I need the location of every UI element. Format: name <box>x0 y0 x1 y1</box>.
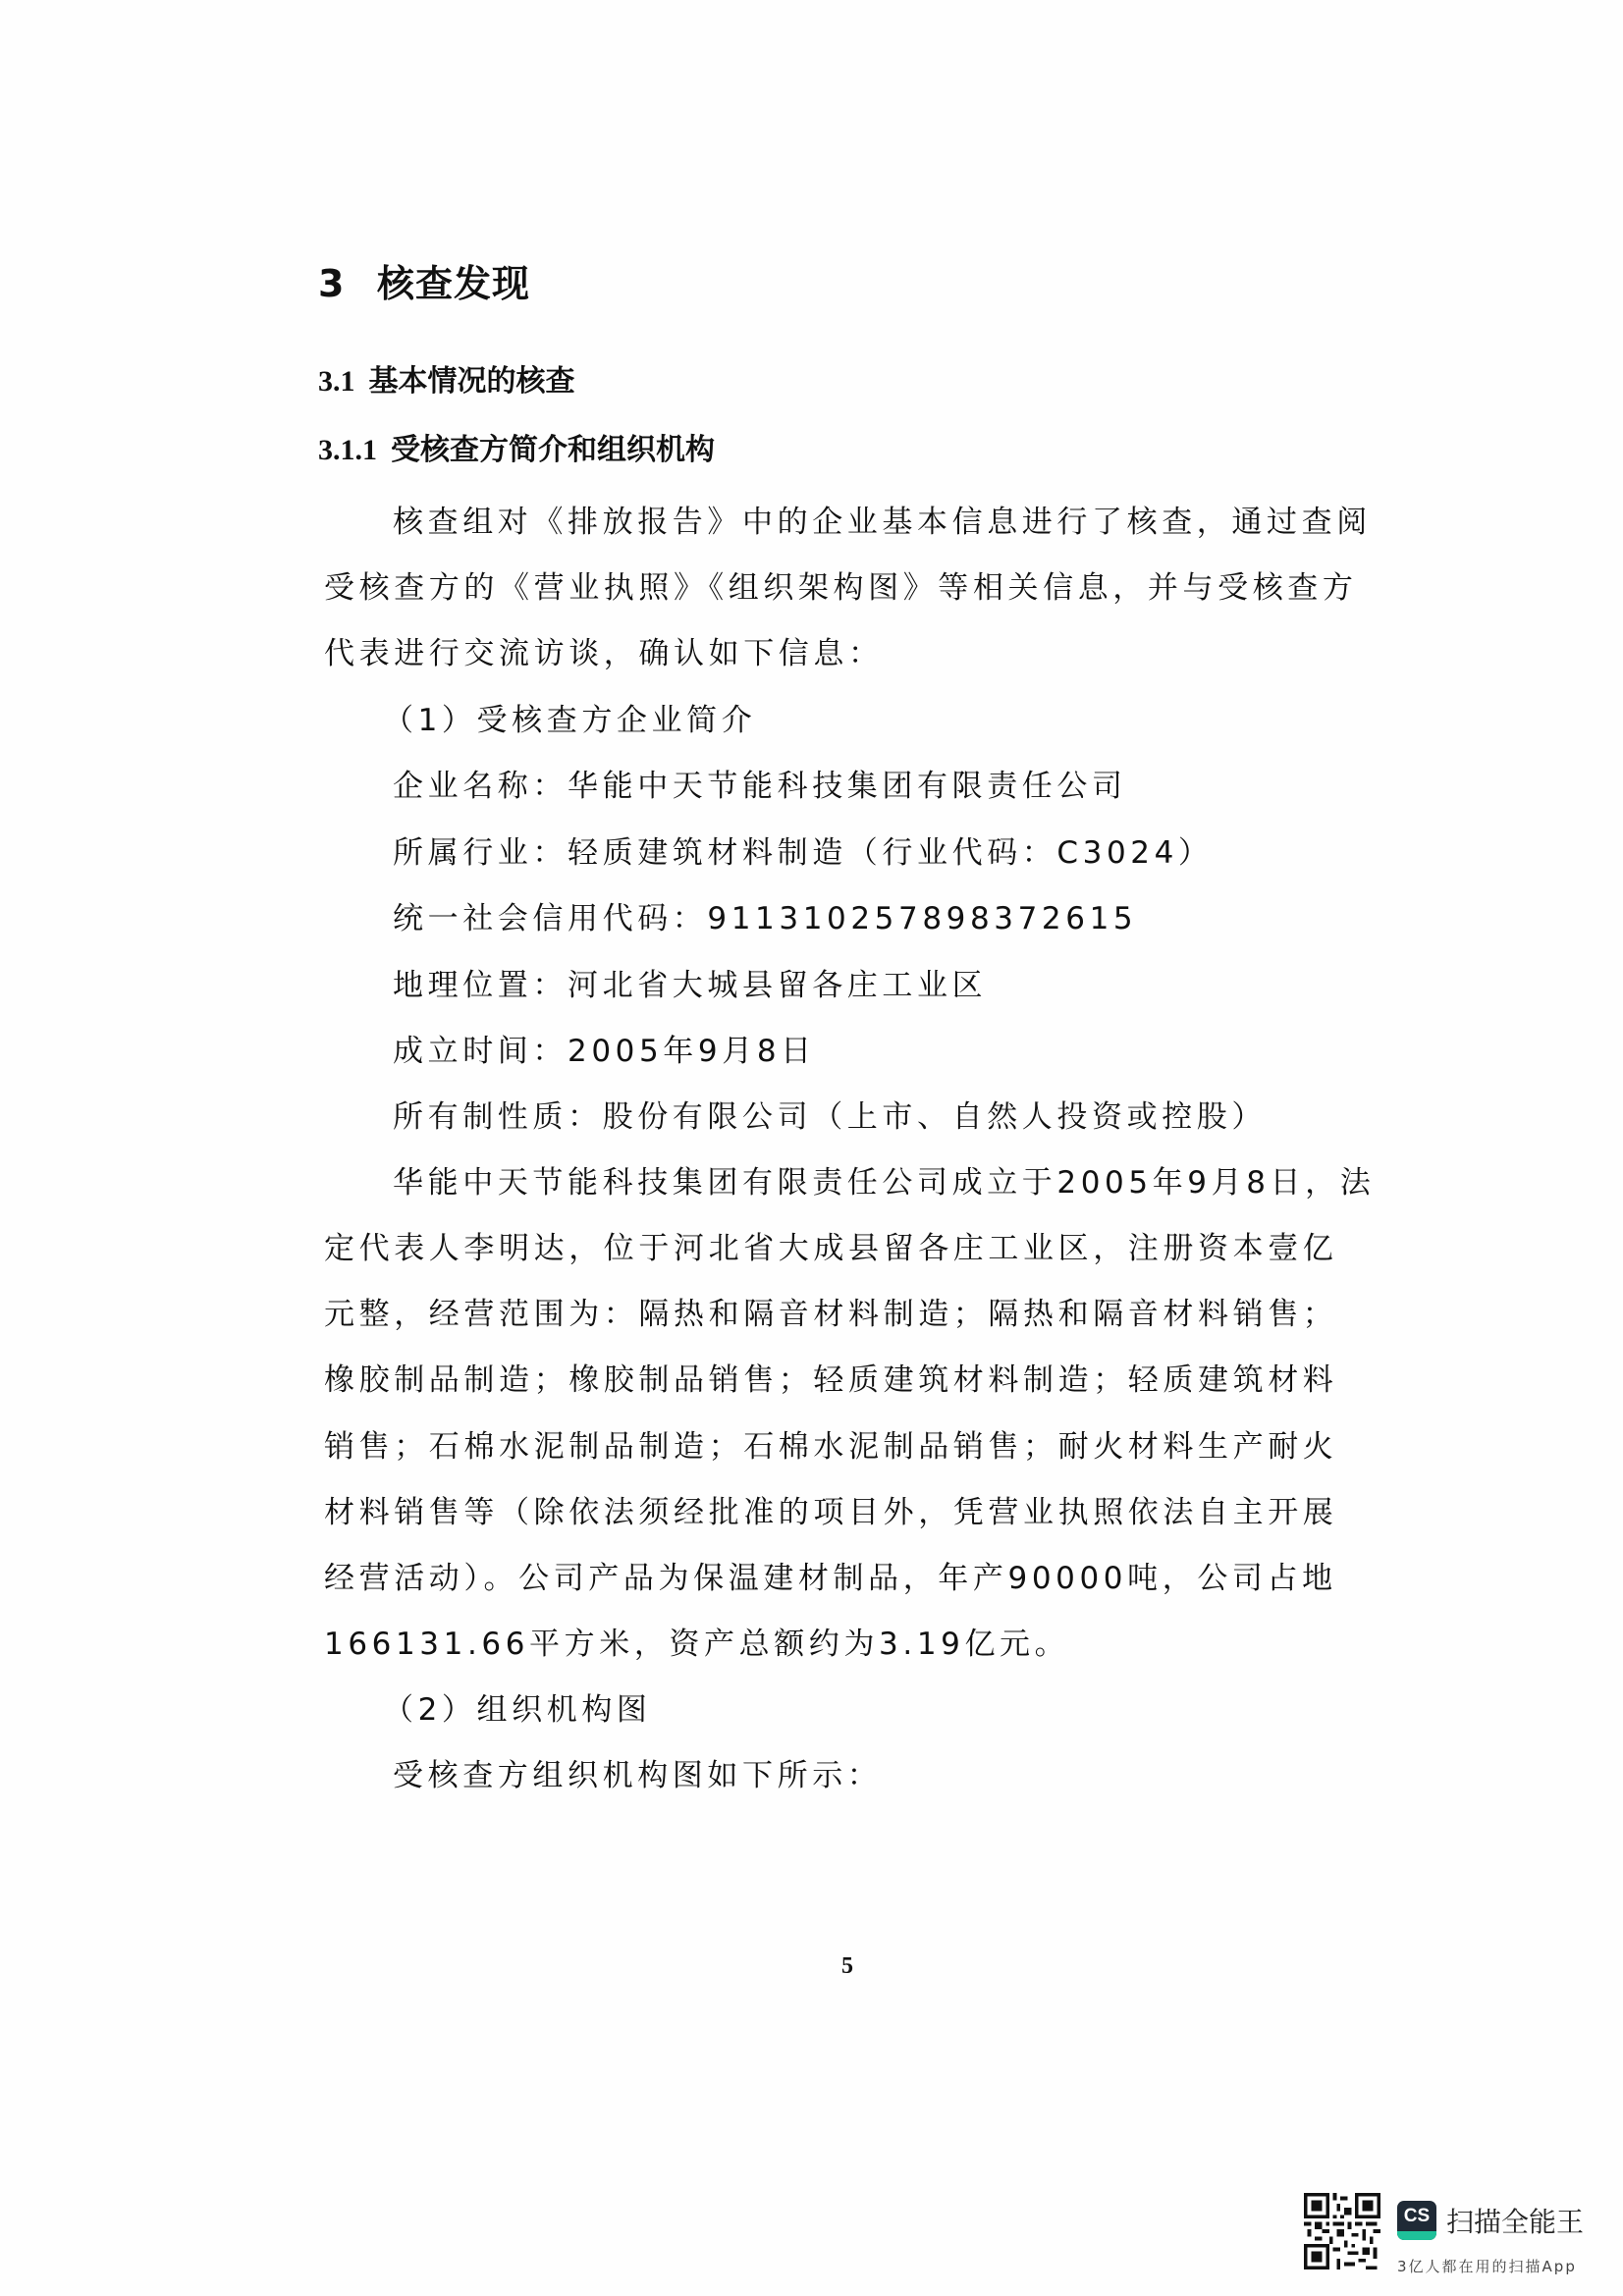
part2-title: （2）组织机构图 <box>383 1684 652 1729</box>
description-line: 材料销售等（除依法须经批准的项目外，凭营业执照依法自主开展 <box>324 1487 1337 1531</box>
document-page: 3核查发现 3.1基本情况的核查 3.1.1受核查方简介和组织机构 核查组对《排… <box>0 0 1623 2296</box>
info-label: 地理位置： <box>393 968 568 1003</box>
info-value: 2005年9月8日 <box>568 1034 816 1069</box>
info-location: 地理位置：河北省大城县留各庄工业区 <box>393 960 987 1004</box>
info-value: 河北省大城县留各庄工业区 <box>568 968 987 1003</box>
info-label: 统一社会信用代码： <box>393 901 707 936</box>
intro-line: 受核查方的《营业执照》《组织架构图》等相关信息，并与受核查方 <box>324 562 1358 607</box>
intro-line: 代表进行交流访谈，确认如下信息： <box>324 628 884 672</box>
intro-line: 核查组对《排放报告》中的企业基本信息进行了核查，通过查阅 <box>393 497 1372 541</box>
chapter-title: 核查发现 <box>377 262 530 305</box>
info-established: 成立时间：2005年9月8日 <box>393 1026 816 1070</box>
info-value: 911310257898372615 <box>707 901 1137 936</box>
chapter-heading: 3核查发现 <box>318 253 530 307</box>
section-title: 基本情况的核查 <box>369 364 575 399</box>
info-value: 华能中天节能科技集团有限责任公司 <box>568 769 1127 804</box>
subsection-title: 受核查方简介和组织机构 <box>391 433 715 467</box>
info-label: 所有制性质： <box>393 1099 603 1135</box>
info-value: 股份有限公司（上市、自然人投资或控股） <box>603 1099 1267 1135</box>
camscanner-logo-icon: CS <box>1397 2201 1436 2240</box>
description-line: 橡胶制品制造；橡胶制品销售；轻质建筑材料制造；轻质建筑材料 <box>324 1355 1337 1399</box>
section-number: 3.1 <box>318 365 355 398</box>
info-industry: 所属行业：轻质建筑材料制造（行业代码：C3024） <box>393 828 1214 872</box>
section-heading: 3.1基本情况的核查 <box>318 356 575 400</box>
info-label: 所属行业： <box>393 835 568 871</box>
description-line: 166131.66平方米，资产总额约为3.19亿元。 <box>324 1619 1069 1663</box>
app-tagline: 3亿人都在用的扫描App <box>1397 2256 1577 2276</box>
info-ownership: 所有制性质：股份有限公司（上市、自然人投资或控股） <box>393 1092 1267 1136</box>
info-company-name: 企业名称：华能中天节能科技集团有限责任公司 <box>393 761 1127 805</box>
logo-text: CS <box>1397 2206 1436 2227</box>
info-label: 成立时间： <box>393 1034 568 1069</box>
qr-code-icon <box>1304 2193 1380 2269</box>
app-name: 扫描全能王 <box>1446 2201 1584 2240</box>
description-line: 销售；石棉水泥制品制造；石棉水泥制品销售；耐火材料生产耐火 <box>324 1421 1337 1466</box>
part1-title: （1）受核查方企业简介 <box>383 695 756 739</box>
description-line: 定代表人李明达，位于河北省大成县留各庄工业区，注册资本壹亿 <box>324 1223 1337 1267</box>
scanner-watermark: CS 扫描全能王 3亿人都在用的扫描App <box>1304 2193 1598 2281</box>
page-number: 5 <box>841 1953 853 1980</box>
subsection-heading: 3.1.1受核查方简介和组织机构 <box>318 425 715 468</box>
description-line: 元整，经营范围为：隔热和隔音材料制造；隔热和隔音材料销售； <box>324 1289 1337 1333</box>
subsection-number: 3.1.1 <box>318 434 377 466</box>
info-label: 企业名称： <box>393 769 568 804</box>
info-credit-code: 统一社会信用代码：911310257898372615 <box>393 893 1137 937</box>
chapter-number: 3 <box>318 262 377 305</box>
description-line: 经营活动）。公司产品为保温建材制品，年产90000吨，公司占地 <box>324 1553 1337 1597</box>
info-value: 轻质建筑材料制造（行业代码：C3024） <box>568 835 1214 871</box>
description-line: 华能中天节能科技集团有限责任公司成立于2005年9月8日，法 <box>393 1157 1375 1201</box>
part2-text: 受核查方组织机构图如下所示： <box>393 1750 882 1794</box>
